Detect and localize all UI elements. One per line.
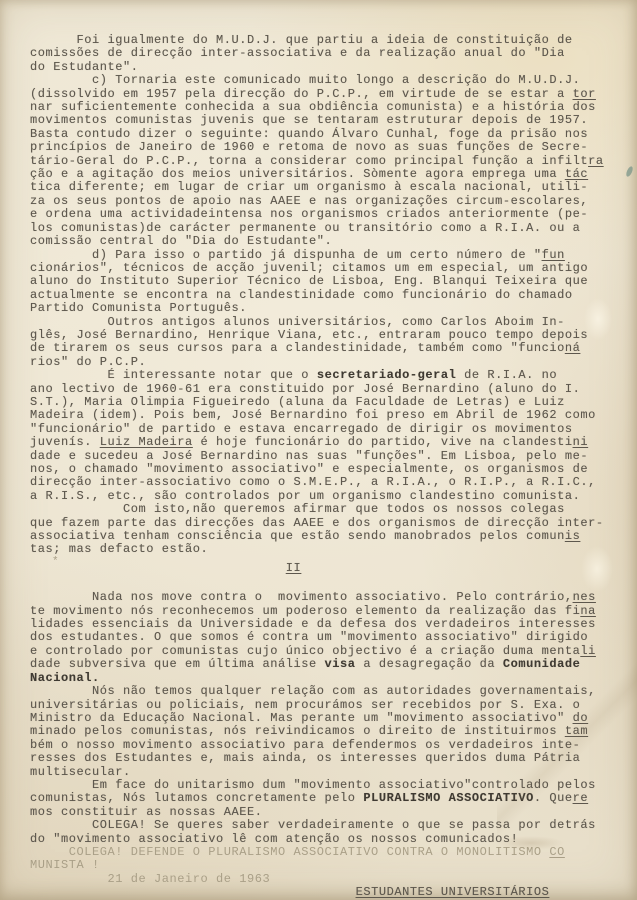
text-line: nar suficientemente conhecida a sua obdi… (30, 101, 625, 114)
text-line: É interessante notar que o secretariado-… (30, 369, 625, 382)
text-line: cionários", técnicos de acção juvenil; c… (30, 262, 625, 275)
text-line: tário-Geral do P.C.P., torna a considera… (30, 155, 625, 168)
text-line: do "movimento associativo lê com atenção… (30, 833, 625, 846)
text-line: Partido Comunista Português. (30, 302, 625, 315)
text-line: comissões de direcção inter-associativa … (30, 47, 625, 60)
text-line: mos constituir as nossas AAEE. (30, 806, 625, 819)
text-line: resses dos Estudantes e, mais ainda, os … (30, 752, 625, 765)
text-line: Em face do unitarismo dum "movimento ass… (30, 779, 625, 792)
text-line: Basta contudo dizer o seguinte: quando Á… (30, 128, 625, 141)
ink-speck (625, 165, 634, 177)
text-line: multisecular. (30, 766, 625, 779)
text-line: COLEGA! Se queres saber verdadeiramente … (30, 819, 625, 832)
text-line: lidades essenciais da Universidade e da … (30, 618, 625, 631)
text-line: dade subversiva que em última análise vi… (30, 658, 625, 671)
text-line: ano lectivo de 1960-61 era constituido p… (30, 383, 625, 396)
text-line: aluno do Instituto Superior Técnico de L… (30, 275, 625, 288)
text-line: universitárias ou policiais, nem procurá… (30, 699, 625, 712)
text-line: Nada nos move contra o movimento associa… (30, 591, 625, 604)
text-line: que fazem parte das direcções das AAEE e… (30, 517, 625, 530)
section-ii-heading: II (30, 562, 625, 575)
text-line: (dissolvido em 1957 pela direcção do P.C… (30, 88, 625, 101)
text-line: dos estudantes. O que somos é contra um … (30, 631, 625, 644)
text-line: nos, o chamado "movimento associativo" e… (30, 463, 625, 476)
text-line: Com isto,não queremos afirmar que todos … (30, 503, 625, 516)
text-line: comunistas, Nós lutamos concretamente pe… (30, 792, 625, 805)
text-line: juvenís. Luiz Madeira é hoje funcionário… (30, 436, 625, 449)
document-text: Foi igualmente do M.U.D.J. que partiu a … (30, 34, 625, 900)
text-line: S.T.), Maria Olimpia Figueiredo (aluna d… (30, 396, 625, 409)
signature-line: ESTUDANTES UNIVERSITÁRIOS (30, 886, 625, 899)
text-line: dade e sucedeu a José Bernardino nas sua… (30, 450, 625, 463)
text-line: te movimento nós reconhecemos um poderos… (30, 605, 625, 618)
text-line: movimentos comunistas juvenis que se ten… (30, 114, 625, 127)
text-line: "funcionário" de partido e estava encarr… (30, 423, 625, 436)
text-line: associativa tenham consciência que estão… (30, 530, 625, 543)
text-line: minado pelos comunistas, nós reivindicam… (30, 725, 625, 738)
text-line: tas; mas defacto estão. (30, 543, 625, 556)
text-line: e controlado por comunistas cujo único o… (30, 645, 625, 658)
text-line: COLEGA! DEFENDE O PLURALISMO ASSOCIATIVO… (30, 846, 625, 859)
text-line: za os seus pontos de apoio nas AAEE e na… (30, 195, 625, 208)
text-line: direcção inter-associativo como o S.M.E.… (30, 476, 625, 489)
text-line: los comunistas)de carácter permanente ou… (30, 222, 625, 235)
text-line: c) Tornaria este comunicado muito longo … (30, 74, 625, 87)
text-line: tica diferente; em lugar de criar um org… (30, 181, 625, 194)
text-line: glês, José Bernardino, Henrique Viana, e… (30, 329, 625, 342)
text-line: de tirarem os seus cursos para a clandes… (30, 342, 625, 355)
text-line: actualmente se encontra na clandestinida… (30, 289, 625, 302)
text-line: do Estudante". (30, 61, 625, 74)
text-line: Madeira (idem). Pois bem, José Bernardin… (30, 409, 625, 422)
text-line: a R.I.S., etc., são controlados por um o… (30, 490, 625, 503)
text-line: Foi igualmente do M.U.D.J. que partiu a … (30, 34, 625, 47)
text-line: Nacional. (30, 672, 625, 685)
text-line: bém o nosso movimento associativo para d… (30, 739, 625, 752)
text-line: Ministro da Educação Nacional. Mas peran… (30, 712, 625, 725)
scanned-paper-page: Foi igualmente do M.U.D.J. que partiu a … (0, 0, 637, 900)
text-line: d) Para isso o partido já dispunha de um… (30, 249, 625, 262)
text-line: MUNISTA ! (30, 859, 625, 872)
text-line: ção e a agitação dos meios universitário… (30, 168, 625, 181)
text-line: princípios de Janeiro de 1960 e retoma d… (30, 141, 625, 154)
text-line: comissão central do "Dia do Estudante". (30, 235, 625, 248)
text-line: Nós não temos qualquer relação com as au… (30, 685, 625, 698)
margin-mark: * (52, 556, 59, 568)
text-line: e ordena uma actividadeintensa nos organ… (30, 208, 625, 221)
text-line: Outros antigos alunos universitários, co… (30, 316, 625, 329)
